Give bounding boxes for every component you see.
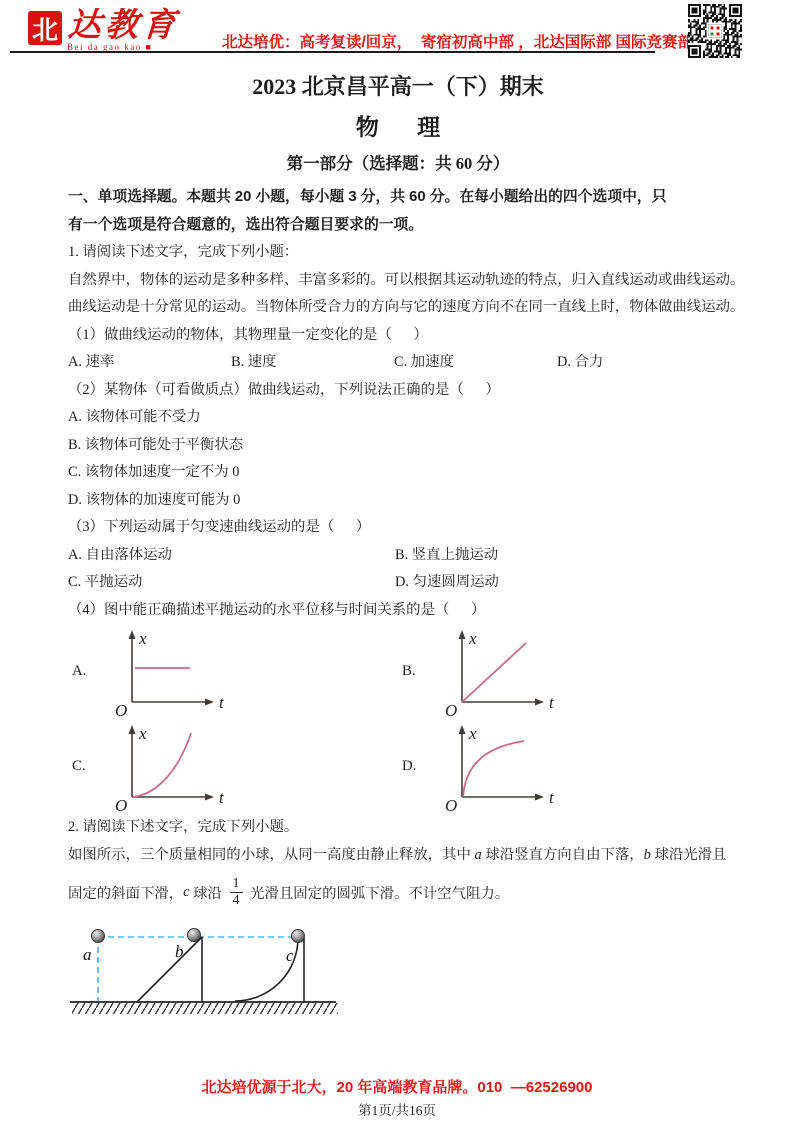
instructions-line-1: 一、单项选择题。本题共 20 小题，每小题 3 分，共 60 分。在每小题给出的… bbox=[68, 183, 728, 211]
option-c: C. 平抛运动 bbox=[68, 569, 395, 597]
logo-square-char: 北 bbox=[32, 10, 58, 47]
option-b: B. 竖直上抛运动 bbox=[395, 542, 498, 570]
option-b: B. 速度 bbox=[231, 349, 394, 377]
graph-option-a: A. x t O bbox=[68, 624, 398, 719]
graph-c-xlabel: t bbox=[219, 788, 225, 807]
section-heading: 第一部分（选择题：共 60 分） bbox=[68, 152, 728, 176]
graph-c-concave-up-curve: x t O bbox=[102, 719, 242, 814]
exam-page: 北 达教育 Bei da gao kao ■ 北达培优：高考复读/回京， 寄宿初… bbox=[0, 0, 794, 1123]
q1-sub2-option-d: D. 该物体的加速度可能为 0 bbox=[68, 487, 728, 515]
ball-a bbox=[92, 930, 105, 943]
qr-center-logo bbox=[708, 24, 721, 37]
ball-c bbox=[292, 930, 305, 943]
graph-option-b: B. x t O bbox=[398, 624, 728, 719]
q1-paragraph-2: 曲线运动是十分常见的运动。当物体所受合力的方向与它的速度方向不在同一直线上时，物… bbox=[68, 294, 728, 322]
header-tagline: 北达培优：高考复读/回京， 寄宿初高中部 ，北达国际部 国际竞赛部 bbox=[222, 30, 693, 52]
graph-a-ylabel: x bbox=[138, 629, 147, 648]
question-2: 2. 请阅读下述文字，完成下列小题。 如图所示，三个质量相同的小球，从同一高度由… bbox=[68, 814, 728, 1024]
page-number: 第1页/共16页 bbox=[0, 1099, 794, 1119]
q1-sub3-options-ab: A. 自由落体运动 B. 竖直上抛运动 bbox=[68, 542, 728, 570]
page-title: 2023 北京昌平高一（下）期末 bbox=[68, 72, 728, 102]
graph-a-xlabel: t bbox=[219, 693, 225, 712]
logo-square-icon: 北 bbox=[28, 11, 62, 45]
content: 2023 北京昌平高一（下）期末 物 理 第一部分（选择题：共 60 分） 一、… bbox=[68, 57, 728, 1024]
graph-d-concave-down-curve: x t O bbox=[432, 719, 572, 814]
logo: 北 达教育 Bei da gao kao ■ bbox=[28, 11, 178, 52]
q2-text: 固定的斜面下滑， bbox=[68, 882, 183, 903]
ball-a-label: a bbox=[83, 945, 92, 964]
question-1: 1. 请阅读下述文字，完成下列小题： 自然界中，物体的运动是多种多样、丰富多彩的… bbox=[68, 239, 728, 814]
option-a: A. 速率 bbox=[68, 349, 231, 377]
q1-sub1-stem: （1）做曲线运动的物体，其物理量一定变化的是（ ） bbox=[68, 322, 728, 350]
option-c: C. 加速度 bbox=[394, 349, 557, 377]
option-a: A. 自由落体运动 bbox=[68, 542, 395, 570]
q2-paragraph-1: 如图所示，三个质量相同的小球，从同一高度由静止释放，其中 a 球沿竖直方向自由下… bbox=[68, 842, 728, 870]
q2-var-a: a bbox=[475, 847, 482, 863]
graph-d-origin: O bbox=[445, 796, 457, 814]
graph-c-label: C. bbox=[72, 758, 102, 775]
q2-text: 球沿 bbox=[190, 882, 226, 903]
header: 北 达教育 Bei da gao kao ■ 北达培优：高考复读/回京， 寄宿初… bbox=[0, 0, 794, 58]
q1-sub1-options: A. 速率 B. 速度 C. 加速度 D. 合力 bbox=[68, 349, 728, 377]
graph-c-ylabel: x bbox=[138, 724, 147, 743]
incline-hypotenuse bbox=[137, 937, 202, 1002]
q2-text: 光滑且固定的圆弧下滑。不计空气阻力。 bbox=[247, 882, 510, 903]
graph-b-ylabel: x bbox=[468, 629, 477, 648]
graph-d-xlabel: t bbox=[549, 788, 555, 807]
fraction-denominator: 4 bbox=[230, 892, 243, 909]
graph-a-origin: O bbox=[115, 701, 127, 719]
graph-option-c: C. x t O bbox=[68, 719, 398, 814]
graph-b-straight-line: x t O bbox=[432, 624, 572, 719]
q2-text: 球沿竖直方向自由下落， bbox=[482, 847, 644, 863]
graph-b-xlabel: t bbox=[549, 693, 555, 712]
q2-stem: 2. 请阅读下述文字，完成下列小题。 bbox=[68, 814, 728, 842]
logo-text-block: 达教育 Bei da gao kao ■ bbox=[67, 11, 178, 52]
graph-c-origin: O bbox=[115, 796, 127, 814]
q1-sub2-option-b: B. 该物体可能处于平衡状态 bbox=[68, 432, 728, 460]
q2-diagram: a b c bbox=[68, 924, 408, 1024]
graph-d-ylabel: x bbox=[468, 724, 477, 743]
q1-sub4-stem: （4）图中能正确描述平抛运动的水平位移与时间关系的是（ ） bbox=[68, 597, 728, 625]
q1-sub4-graphs: A. x t O B. bbox=[68, 624, 728, 814]
q1-sub2-stem: （2）某物体（可看做质点）做曲线运动，下列说法正确的是（ ） bbox=[68, 377, 728, 405]
logo-brand-text: 达教育 bbox=[67, 11, 180, 41]
q1-stem: 1. 请阅读下述文字，完成下列小题： bbox=[68, 239, 728, 267]
q2-paragraph-2: 固定的斜面下滑，c 球沿 14 光滑且固定的圆弧下滑。不计空气阻力。 bbox=[68, 869, 728, 916]
graph-d-label: D. bbox=[402, 758, 432, 775]
q1-sub2-option-c: C. 该物体加速度一定不为 0 bbox=[68, 459, 728, 487]
q2-text: 球沿光滑且 bbox=[651, 847, 727, 863]
option-d: D. 合力 bbox=[557, 349, 603, 377]
q1-sub2-option-a: A. 该物体可能不受力 bbox=[68, 404, 728, 432]
fraction-numerator: 1 bbox=[230, 876, 243, 892]
qr-code-icon bbox=[686, 4, 744, 58]
ball-c-label: c bbox=[286, 946, 294, 965]
subject-title: 物 理 bbox=[68, 111, 728, 143]
graph-a-horizontal-line: x t O bbox=[102, 624, 242, 719]
graph-a-label: A. bbox=[72, 663, 102, 680]
graph-b-origin: O bbox=[445, 701, 457, 719]
option-d: D. 匀速圆周运动 bbox=[395, 569, 499, 597]
ground-hatching bbox=[72, 1003, 338, 1014]
ball-b bbox=[188, 929, 201, 942]
q2-text: 如图所示，三个质量相同的小球，从同一高度由静止释放，其中 bbox=[68, 847, 475, 863]
fraction-one-quarter: 14 bbox=[230, 876, 243, 909]
graph-option-d: D. x t O bbox=[398, 719, 728, 814]
q2-var-b: b bbox=[644, 847, 651, 863]
graph-b-label: B. bbox=[402, 663, 432, 680]
instructions: 一、单项选择题。本题共 20 小题，每小题 3 分，共 60 分。在每小题给出的… bbox=[68, 183, 728, 239]
q1-sub3-options-cd: C. 平抛运动 D. 匀速圆周运动 bbox=[68, 569, 728, 597]
footer-promo: 北达培优源于北大，20 年高端教育品牌。010 —62526900 bbox=[0, 1076, 794, 1097]
header-divider bbox=[10, 51, 655, 53]
ball-b-label: b bbox=[175, 942, 184, 961]
instructions-line-2: 有一个选项是符合题意的，选出符合题目要求的一项。 bbox=[68, 211, 728, 239]
q1-paragraph-1: 自然界中，物体的运动是多种多样、丰富多彩的。可以根据其运动轨迹的特点，归入直线运… bbox=[68, 267, 728, 295]
q1-sub3-stem: （3）下列运动属于匀变速曲线运动的是（ ） bbox=[68, 514, 728, 542]
